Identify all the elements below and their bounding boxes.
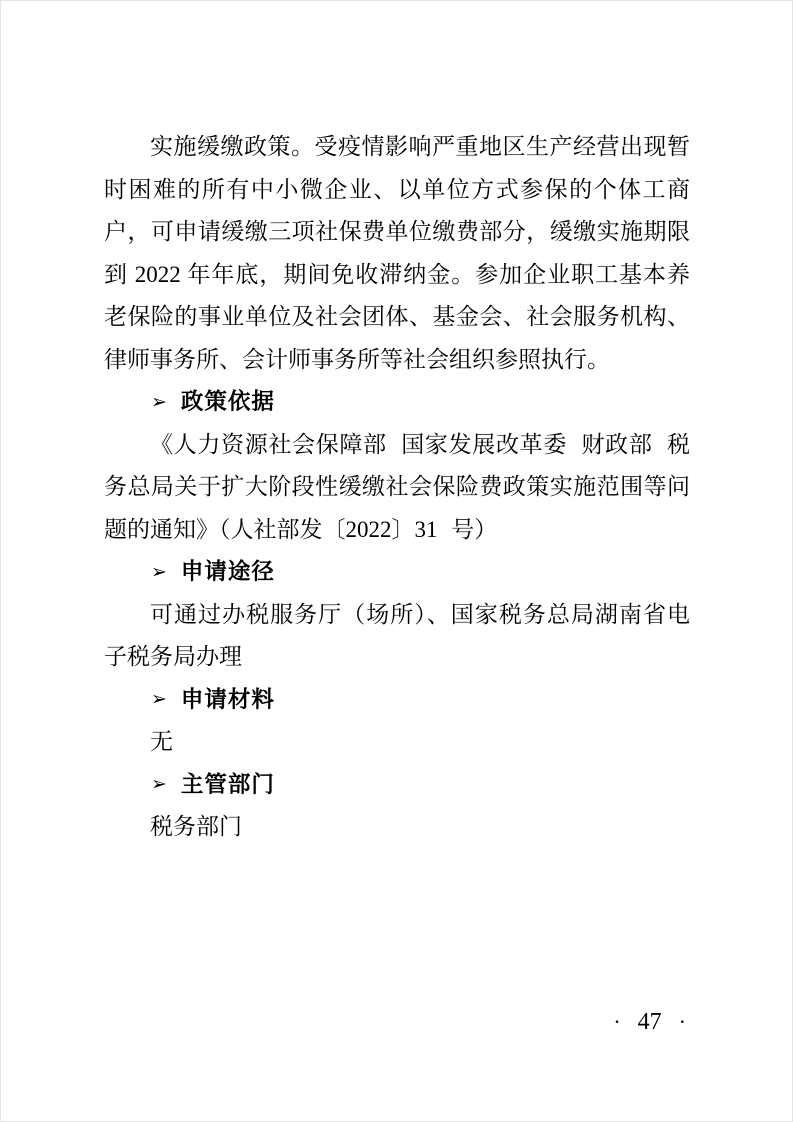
section-heading-application-channel: ➢ 申请途径 bbox=[104, 551, 690, 594]
section-heading-competent-department: ➢ 主管部门 bbox=[104, 764, 690, 807]
section-body-application-channel: 可通过办税服务厅（场所）、国家税务总局湖南省电子税务局办理 bbox=[104, 594, 690, 679]
arrow-bullet-icon: ➢ bbox=[151, 393, 167, 412]
section-body-application-materials: 无 bbox=[104, 721, 690, 764]
section-heading-policy-basis: ➢ 政策依据 bbox=[104, 381, 690, 424]
section-heading-application-materials: ➢ 申请材料 bbox=[104, 679, 690, 722]
page-number-dot-left: · bbox=[613, 1007, 620, 1037]
section-heading-label: 申请途径 bbox=[181, 551, 275, 594]
document-page: { "document": { "paragraph_intro": "实施缓缴… bbox=[0, 0, 793, 1122]
page-number-value: 47 bbox=[638, 1007, 662, 1037]
page-container: 实施缓缴政策。受疫情影响严重地区生产经营出现暂时困难的所有中小微企业、以单位方式… bbox=[0, 0, 793, 1122]
section-heading-label: 政策依据 bbox=[181, 381, 275, 424]
page-content: 实施缓缴政策。受疫情影响严重地区生产经营出现暂时困难的所有中小微企业、以单位方式… bbox=[104, 126, 690, 849]
arrow-bullet-icon: ➢ bbox=[151, 563, 167, 582]
section-heading-label: 申请材料 bbox=[181, 679, 275, 722]
arrow-bullet-icon: ➢ bbox=[151, 775, 167, 794]
section-body-competent-department: 税务部门 bbox=[104, 806, 690, 849]
page-number-dot-right: · bbox=[679, 1007, 686, 1037]
arrow-bullet-icon: ➢ bbox=[151, 690, 167, 709]
section-heading-label: 主管部门 bbox=[181, 764, 275, 807]
intro-paragraph: 实施缓缴政策。受疫情影响严重地区生产经营出现暂时困难的所有中小微企业、以单位方式… bbox=[104, 126, 690, 381]
section-body-policy-basis: 《人力资源社会保障部 国家发展改革委 财政部 税务总局关于扩大阶段性缓缴社会保险… bbox=[104, 424, 690, 552]
page-number: · 47 · bbox=[613, 1007, 686, 1037]
